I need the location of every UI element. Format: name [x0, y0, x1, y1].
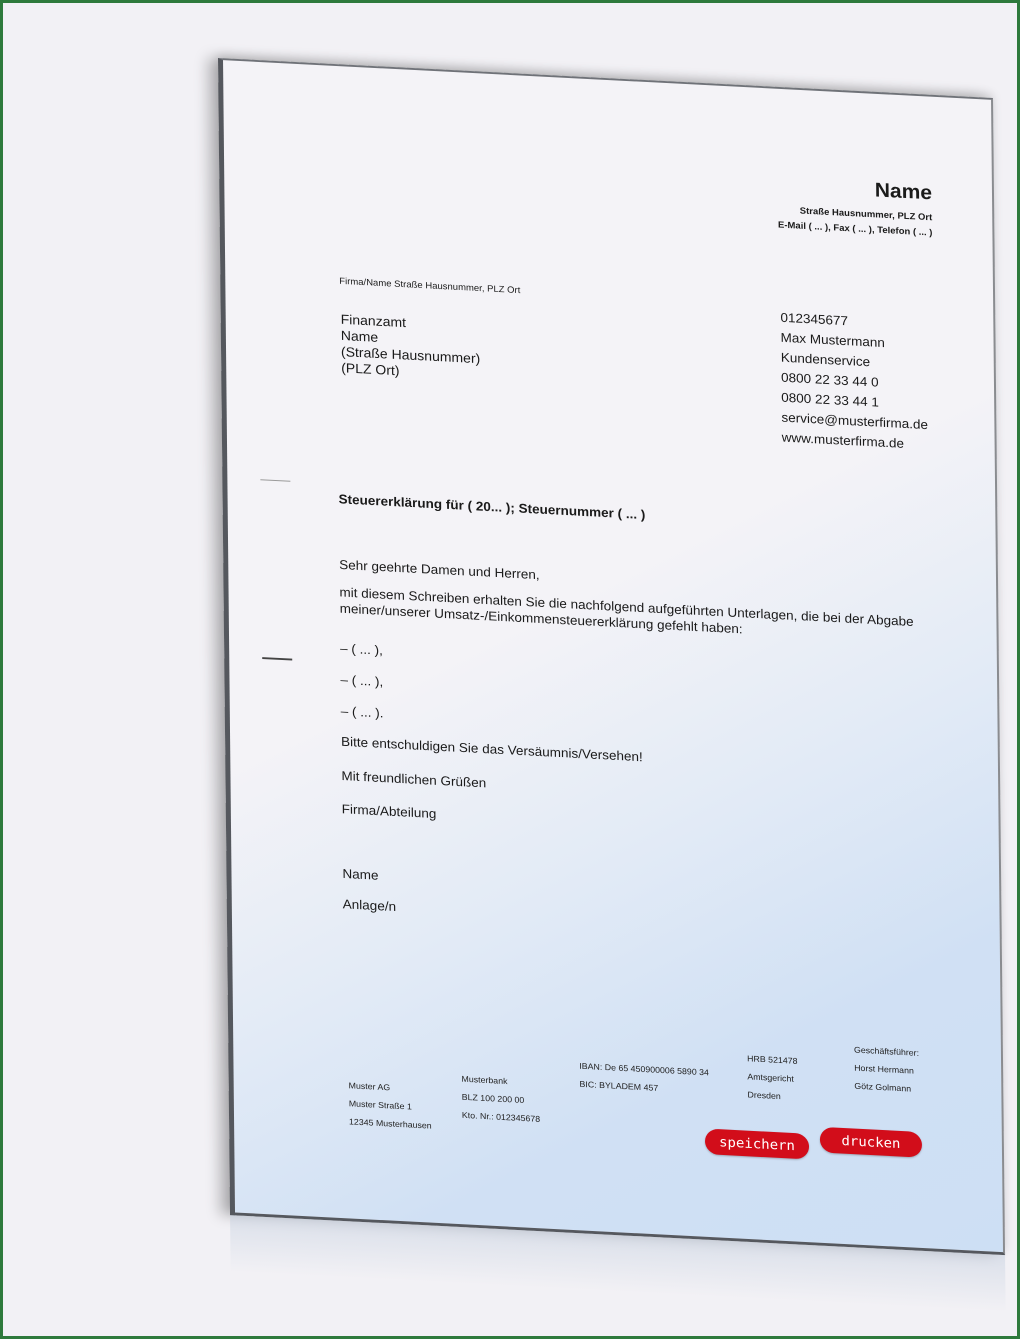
sender-name: Name — [875, 179, 932, 205]
save-button[interactable]: speichern — [705, 1128, 809, 1159]
footer-iban: IBAN: De 65 450900006 5890 34 BIC: BYLAD… — [579, 1057, 709, 1100]
letter-document: Name Straße Hausnummer, PLZ Ort E-Mail (… — [218, 58, 1005, 1255]
list-item: – ( ... ). — [341, 703, 384, 721]
attachments-label: Anlage/n — [343, 896, 396, 915]
footer-management: Geschäftsführer: Horst Hermann Götz Golm… — [854, 1041, 920, 1099]
contact-block: 012345677 Max Mustermann Kundenservice 0… — [780, 307, 928, 454]
footer-bank: Musterbank BLZ 100 200 00 Kto. Nr.: 0123… — [461, 1070, 540, 1128]
footer-line: Götz Golmann — [854, 1077, 919, 1098]
print-button[interactable]: drucken — [820, 1127, 922, 1158]
footer-line: Dresden — [747, 1086, 798, 1107]
list-item: – ( ... ), — [340, 640, 383, 658]
list-item: – ( ... ), — [340, 672, 383, 690]
footer-company: Muster AG Muster Straße 1 12345 Musterha… — [349, 1077, 432, 1135]
recipient-address: Finanzamt Name (Straße Hausnummer) (PLZ … — [341, 311, 481, 383]
signature-name: Name — [342, 866, 378, 884]
footer-register: HRB 521478 Amtsgericht Dresden — [747, 1050, 798, 1107]
